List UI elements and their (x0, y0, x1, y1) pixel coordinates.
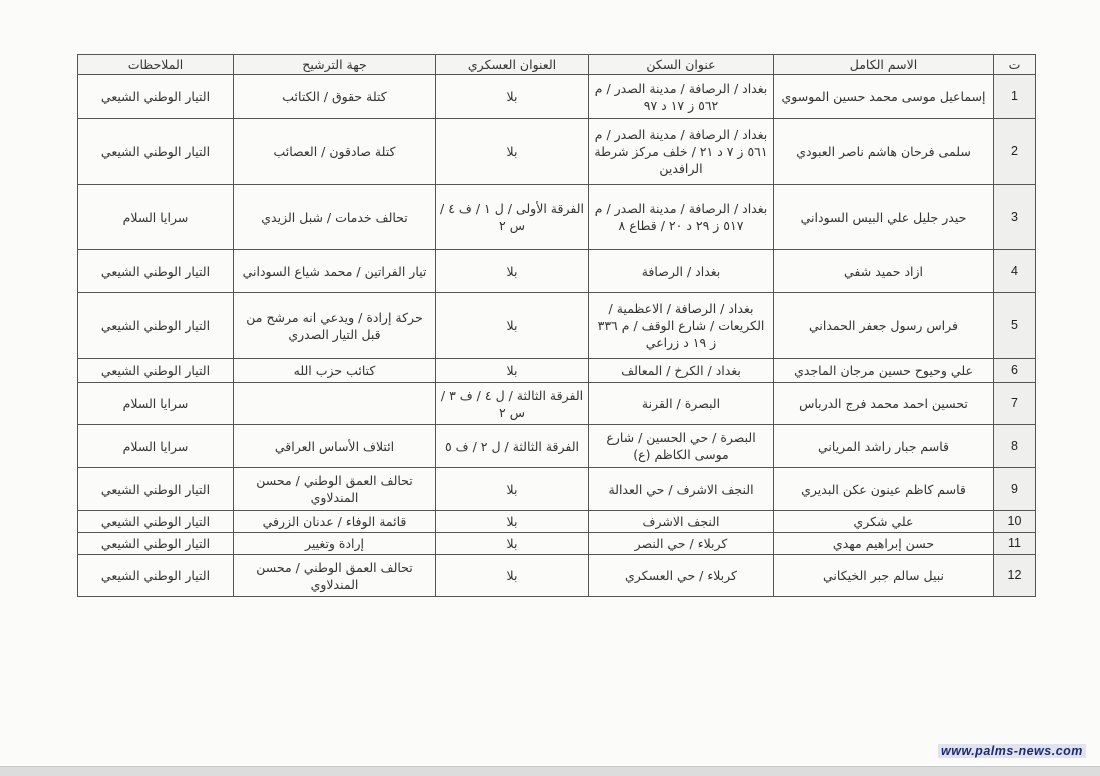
row-military: بلا (436, 468, 589, 511)
table-row: 10 علي شكري النجف الاشرف بلا قائمة الوفا… (78, 511, 1036, 533)
document-page: ت الاسم الكامل عنوان السكن العنوان العسك… (0, 0, 1100, 766)
table-header-row: ت الاسم الكامل عنوان السكن العنوان العسك… (78, 55, 1036, 75)
row-notes: التيار الوطني الشيعي (78, 468, 234, 511)
row-num: 9 (994, 468, 1036, 511)
row-military: بلا (436, 533, 589, 555)
row-military: بلا (436, 555, 589, 597)
row-num: 8 (994, 425, 1036, 468)
row-residence: كربلاء / حي العسكري (589, 555, 774, 597)
row-num: 2 (994, 119, 1036, 185)
row-military: بلا (436, 250, 589, 293)
row-nomination: تيار الفراتين / محمد شياع السوداني (234, 250, 436, 293)
row-residence: النجف الاشرف / حي العدالة (589, 468, 774, 511)
row-num: 10 (994, 511, 1036, 533)
table-row: 4 ازاد حميد شفي بغداد / الرصافة بلا تيار… (78, 250, 1036, 293)
row-notes: سرايا السلام (78, 185, 234, 250)
row-num: 12 (994, 555, 1036, 597)
table-row: 1 إسماعيل موسى محمد حسين الموسوي بغداد /… (78, 75, 1036, 119)
table-row: 3 حيدر جليل علي البيس السوداني بغداد / ا… (78, 185, 1036, 250)
table-row: 6 علي وحيوح حسين مرجان الماجدي بغداد / ا… (78, 359, 1036, 383)
page-bottom-edge (0, 766, 1100, 776)
candidates-table: ت الاسم الكامل عنوان السكن العنوان العسك… (77, 54, 1036, 597)
row-notes: التيار الوطني الشيعي (78, 555, 234, 597)
row-num: 5 (994, 293, 1036, 359)
header-nomination: جهة الترشيح (234, 55, 436, 75)
row-name: علي وحيوح حسين مرجان الماجدي (774, 359, 994, 383)
row-nomination: تحالف العمق الوطني / محسن المندلاوي (234, 468, 436, 511)
row-nomination: ائتلاف الأساس العراقي (234, 425, 436, 468)
row-notes: سرايا السلام (78, 425, 234, 468)
row-residence: بغداد / الرصافة / مدينة الصدر / م ٥١٧ ز … (589, 185, 774, 250)
row-name: سلمى فرحان هاشم ناصر العبودي (774, 119, 994, 185)
row-nomination: تحالف خدمات / شبل الزيدي (234, 185, 436, 250)
row-num: 3 (994, 185, 1036, 250)
row-name: حسن إبراهيم مهدي (774, 533, 994, 555)
row-military: الفرقة الثالثة / ل ٢ / ف ٥ (436, 425, 589, 468)
header-residence: عنوان السكن (589, 55, 774, 75)
row-residence: النجف الاشرف (589, 511, 774, 533)
row-notes: التيار الوطني الشيعي (78, 533, 234, 555)
row-notes: التيار الوطني الشيعي (78, 511, 234, 533)
row-name: نبيل سالم جبر الخيكاني (774, 555, 994, 597)
row-residence: بغداد / الكرخ / المعالف (589, 359, 774, 383)
row-military: الفرقة الثالثة / ل ٤ / ف ٣ / س ٢ (436, 383, 589, 425)
row-military: بلا (436, 293, 589, 359)
row-num: 11 (994, 533, 1036, 555)
table-row: 7 تحسين احمد محمد فرج الدرباس البصرة / ا… (78, 383, 1036, 425)
row-nomination: حركة إرادة / ويدعي انه مرشح من قبل التيا… (234, 293, 436, 359)
table-row: 8 قاسم جبار راشد المرياني البصرة / حي ال… (78, 425, 1036, 468)
row-residence: كربلاء / حي النصر (589, 533, 774, 555)
table-row: 5 فراس رسول جعفر الحمداني بغداد / الرصاف… (78, 293, 1036, 359)
row-residence: البصرة / القرنة (589, 383, 774, 425)
row-nomination: تحالف العمق الوطني / محسن المندلاوي (234, 555, 436, 597)
row-name: إسماعيل موسى محمد حسين الموسوي (774, 75, 994, 119)
row-name: فراس رسول جعفر الحمداني (774, 293, 994, 359)
row-residence: البصرة / حي الحسين / شارع موسى الكاظم (ع… (589, 425, 774, 468)
row-notes: سرايا السلام (78, 383, 234, 425)
row-residence: بغداد / الرصافة / مدينة الصدر / م ٥٦١ ز … (589, 119, 774, 185)
row-name: علي شكري (774, 511, 994, 533)
table-row: 12 نبيل سالم جبر الخيكاني كربلاء / حي ال… (78, 555, 1036, 597)
header-military: العنوان العسكري (436, 55, 589, 75)
row-military: الفرقة الأولى / ل ١ / ف ٤ / س ٢ (436, 185, 589, 250)
row-nomination (234, 383, 436, 425)
row-nomination: كتلة صادقون / العصائب (234, 119, 436, 185)
row-notes: التيار الوطني الشيعي (78, 119, 234, 185)
row-num: 6 (994, 359, 1036, 383)
row-name: ازاد حميد شفي (774, 250, 994, 293)
site-watermark: www.palms-news.com (938, 744, 1086, 758)
header-name: الاسم الكامل (774, 55, 994, 75)
row-nomination: كتلة حقوق / الكتائب (234, 75, 436, 119)
table-row: 9 قاسم كاظم عينون عكن البديري النجف الاش… (78, 468, 1036, 511)
row-num: 1 (994, 75, 1036, 119)
row-military: بلا (436, 511, 589, 533)
table-row: 2 سلمى فرحان هاشم ناصر العبودي بغداد / ا… (78, 119, 1036, 185)
row-nomination: إرادة وتغيير (234, 533, 436, 555)
row-residence: بغداد / الرصافة / مدينة الصدر / م ٥٦٢ ز … (589, 75, 774, 119)
row-notes: التيار الوطني الشيعي (78, 250, 234, 293)
row-num: 4 (994, 250, 1036, 293)
row-name: قاسم جبار راشد المرياني (774, 425, 994, 468)
row-num: 7 (994, 383, 1036, 425)
header-num: ت (994, 55, 1036, 75)
row-name: حيدر جليل علي البيس السوداني (774, 185, 994, 250)
table-row: 11 حسن إبراهيم مهدي كربلاء / حي النصر بل… (78, 533, 1036, 555)
row-nomination: قائمة الوفاء / عدنان الزرفي (234, 511, 436, 533)
row-residence: بغداد / الرصافة (589, 250, 774, 293)
row-military: بلا (436, 75, 589, 119)
row-notes: التيار الوطني الشيعي (78, 359, 234, 383)
row-nomination: كتائب حزب الله (234, 359, 436, 383)
row-notes: التيار الوطني الشيعي (78, 75, 234, 119)
row-name: تحسين احمد محمد فرج الدرباس (774, 383, 994, 425)
row-residence: بغداد / الرصافة / الاعظمية / الكريعات / … (589, 293, 774, 359)
row-notes: التيار الوطني الشيعي (78, 293, 234, 359)
row-military: بلا (436, 119, 589, 185)
row-name: قاسم كاظم عينون عكن البديري (774, 468, 994, 511)
header-notes: الملاحظات (78, 55, 234, 75)
row-military: بلا (436, 359, 589, 383)
